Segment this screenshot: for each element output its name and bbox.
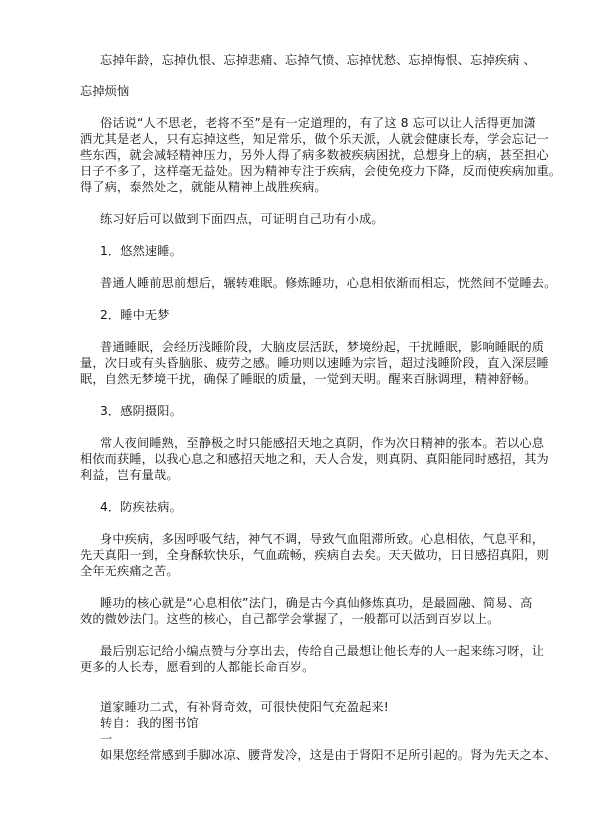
point-2-heading: 2．睡中无梦 xyxy=(100,308,170,323)
point-4-body-line-3: 全年无疾痛之苦。 xyxy=(80,564,179,579)
kidney-paragraph-line-1: 如果您经常感到手脚冰凉、腰背发冷，这是由于肾阳不足所引起的。肾为先天之本、 xyxy=(100,748,557,763)
point-3-body-line-1: 常人夜间睡熟，至静极之时只能感招天地之真阴，作为次日精神的张本。若以心息 xyxy=(100,436,544,451)
proverb-paragraph-line-1: 俗话说“人不思老，老将不至”是有一定道理的，有了这 8 忘可以让人活得更加潇 xyxy=(100,116,536,131)
four-points-intro: 练习好后可以做到下面四点，可证明自己功有小成。 xyxy=(100,212,384,227)
forget-list-line-2: 忘掉烦恼 xyxy=(80,84,129,99)
dash-separator: 一 xyxy=(100,732,112,747)
point-1-heading: 1．悠然速睡。 xyxy=(100,244,182,259)
proverb-paragraph-line-4: 日子不多了，这样毫无益处。因为精神专注于疾病，会使免疫力下降，反而使疾病加重。 xyxy=(80,164,561,179)
point-1-body-line-1: 普通人睡前思前想后，辗转难眠。修炼睡功，心息相依渐而相忘，恍然间不觉睡去。 xyxy=(100,276,557,291)
point-2-body-line-1: 普通睡眠，会经历浅睡阶段，大脑皮层活跃，梦境纷起，干扰睡眠，影响睡眠的质 xyxy=(100,340,544,355)
proverb-paragraph-line-3: 些东西，就会减轻精神压力，另外人得了病多数被疾病困扰，总想身上的病，甚至担心 xyxy=(80,148,549,163)
core-paragraph-line-2: 效的微妙法门。这些的核心，自己都学会掌握了，一般都可以活到百岁以上。 xyxy=(80,612,499,627)
share-paragraph-line-2: 更多的人长寿，愿看到的人都能长命百岁。 xyxy=(80,660,314,675)
proverb-paragraph-line-2: 洒尤其是老人，只有忘掉这些，知足常乐，做个乐天派，人就会健康长寿，学会忘记一 xyxy=(80,132,549,147)
point-3-body-line-3: 利益，岂有量哉。 xyxy=(80,468,179,483)
point-3-body-line-2: 相依而获睡，以我心息之和感招天地之和，天人合发，则真阴、真阳能同时感招，其为 xyxy=(80,452,549,467)
document-page: 忘掉年龄，忘掉仇恨、忘掉悲痛、忘掉气愤、忘掉忧愁、忘掉悔恨、忘掉疾病 、 忘掉烦… xyxy=(0,0,590,834)
proverb-paragraph-line-5: 得了病，泰然处之，就能从精神上战胜疾病。 xyxy=(80,180,327,195)
point-2-body-line-2: 量，次日或有头昏脑胀、疲劳之感。睡功则以速睡为宗旨，超过浅睡阶段，直入深层睡 xyxy=(80,356,549,371)
point-3-heading: 3．感阴摄阳。 xyxy=(100,404,182,419)
source-attribution: 转自：我的图书馆 xyxy=(100,716,199,731)
core-paragraph-line-1: 睡功的核心就是“心息相依”法门，确是古今真仙修炼真功，是最圆融、简易、高 xyxy=(100,596,532,611)
point-4-heading: 4．防疾祛病。 xyxy=(100,500,182,515)
point-2-body-line-3: 眠，自然无梦境干扰，确保了睡眠的质量，一觉到天明。醒来百脉调理，精神舒畅。 xyxy=(80,372,537,387)
section-title: 道家睡功二式，有补肾奇效，可很快使阳气充盈起来! xyxy=(100,700,389,715)
share-paragraph-line-1: 最后别忘记给小编点赞与分享出去，传给自己最想让他长寿的人一起来练习呀，让 xyxy=(100,644,544,659)
forget-list-line-1: 忘掉年龄，忘掉仇恨、忘掉悲痛、忘掉气愤、忘掉忧愁、忘掉悔恨、忘掉疾病 、 xyxy=(100,53,536,68)
point-4-body-line-1: 身中疾病，多因呼吸气结，神气不调，导致气血阻滞所致。心息相依，气息平和， xyxy=(100,532,544,547)
point-4-body-line-2: 先天真阳一到，全身酥软快乐，气血疏畅，疾病自去矣。天天做功，日日感招真阳，则 xyxy=(80,548,549,563)
